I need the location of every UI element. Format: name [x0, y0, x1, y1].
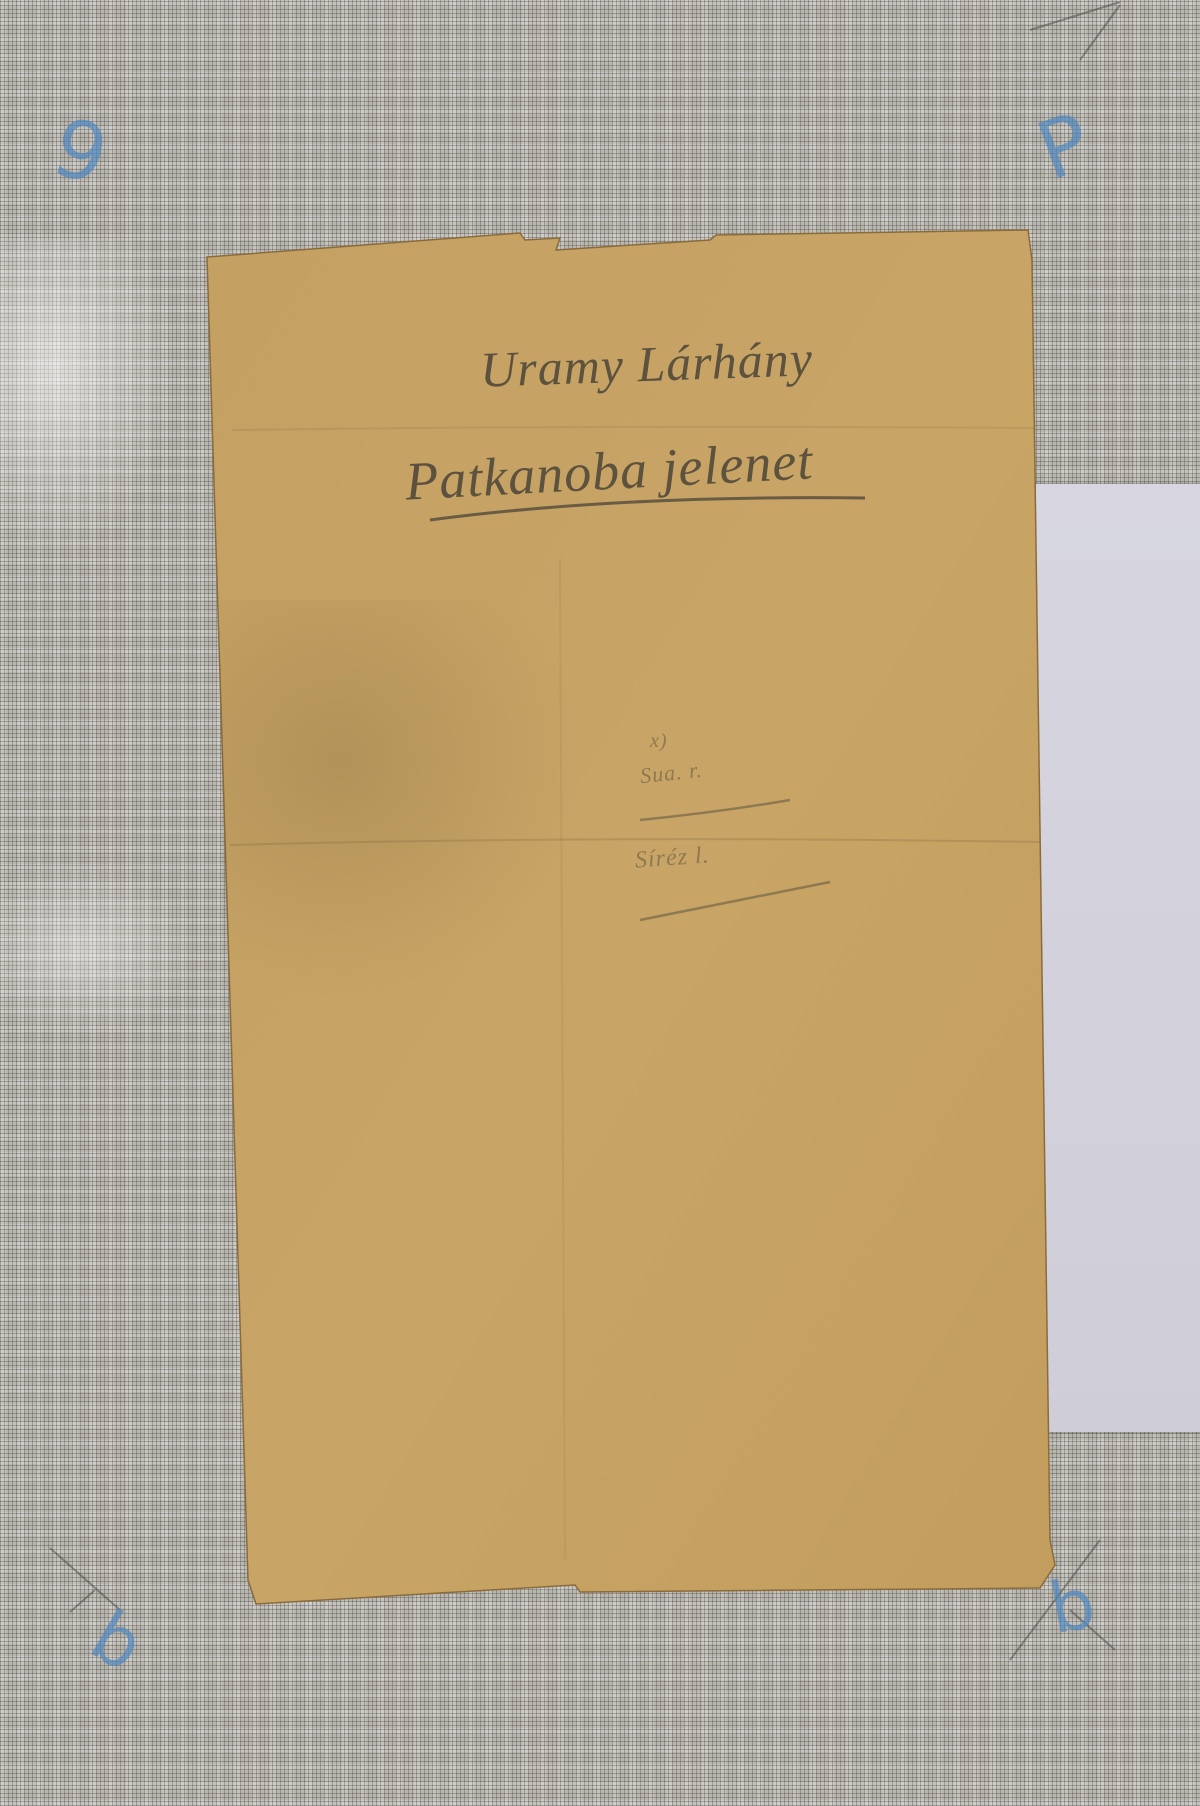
faint-note: x)	[650, 730, 668, 753]
document-sheet: Uramy Lárhány Patkanoba jelenet Sua. r. …	[0, 0, 1200, 1806]
paper-shape	[0, 0, 1200, 1806]
handwriting-line-1: Uramy Lárhány	[479, 329, 814, 399]
faint-note: Síréz l.	[634, 842, 710, 874]
